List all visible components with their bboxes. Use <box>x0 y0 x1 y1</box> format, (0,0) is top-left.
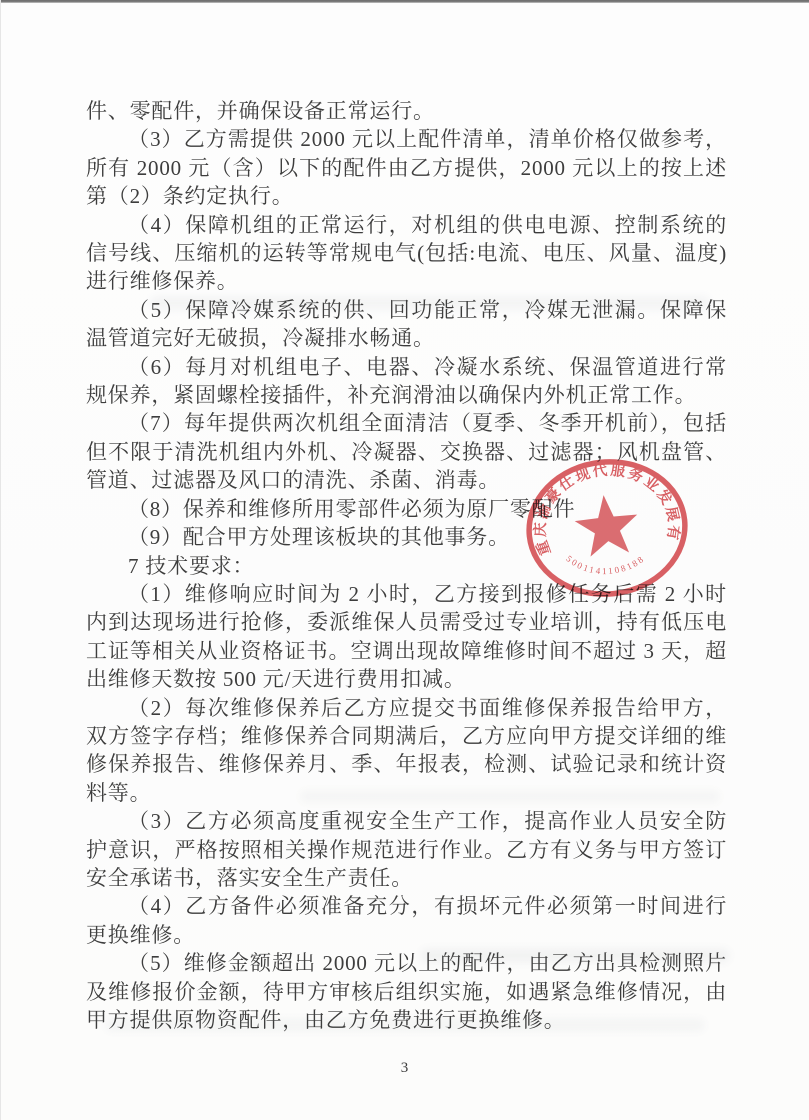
paragraph: （5）维修金额超出 2000 元以上的配件，由乙方出具检测照片及维修报价金额，待… <box>86 949 727 1034</box>
scan-edge-left <box>0 0 1 1120</box>
paragraph: 件、零配件，并确保设备正常运行。 <box>86 97 727 125</box>
seal-number-text: 5001141108188 <box>564 546 648 581</box>
scanned-document-page: 件、零配件，并确保设备正常运行。（3）乙方需提供 2000 元以上配件清单，清单… <box>0 0 809 1120</box>
scan-edge-top <box>0 0 809 3</box>
paragraph: （5）保障冷媒系统的供、回功能正常，冷媒无泄漏。保障保温管道完好无破损，冷凝排水… <box>86 296 727 353</box>
paragraph: （3）乙方必须高度重视安全生产工作，提高作业人员安全防护意识，严格按照相关操作规… <box>86 807 727 892</box>
paragraph: （2）每次维修保养后乙方应提交书面维修保养报告给甲方，双方签字存档；维修保养合同… <box>86 694 727 808</box>
paragraph: （4）乙方备件必须准备充分，有损坏元件必须第一时间进行更换维修。 <box>86 892 727 949</box>
paragraph: （3）乙方需提供 2000 元以上配件清单，清单价格仅做参考，所有 2000 元… <box>86 125 727 210</box>
page-footer: 3 <box>0 1060 809 1077</box>
page-number: 3 <box>401 1060 409 1076</box>
paragraph: （6）每月对机组电子、电器、冷凝水系统、保温管道进行常规保养，紧固螺栓接插件，补… <box>86 353 727 410</box>
paragraph: （4）保障机组的正常运行，对机组的供电电源、控制系统的信号线、压缩机的运转等常规… <box>86 211 727 296</box>
star-icon <box>572 492 641 558</box>
company-seal-stamp: 重庆渝豪仕现代服务业发展有限公司 5001141108188 <box>507 443 707 613</box>
